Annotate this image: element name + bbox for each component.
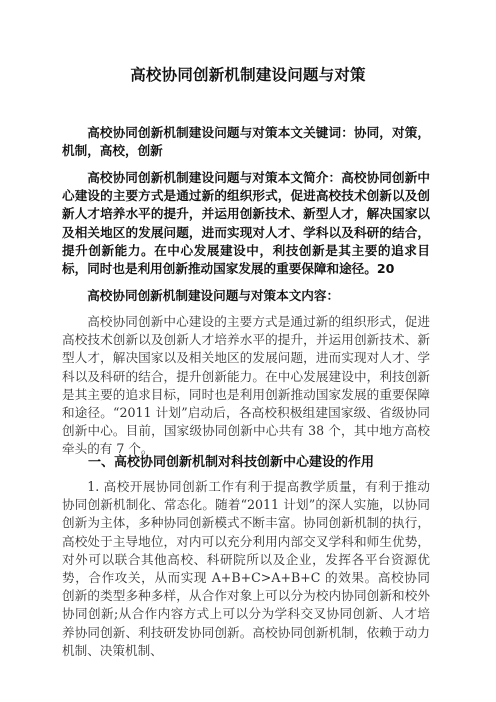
summary-paragraph: 高校协同创新机制建设问题与对策本文简介：高校协同创新中心建设的主要方式是通过新的… <box>62 169 430 278</box>
keywords-paragraph: 高校协同创新机制建设问题与对策本文关键词：协同，对策，机制，高校，创新 <box>62 124 430 160</box>
document-title: 高校协同创新机制建设问题与对策 <box>0 63 496 85</box>
section-heading-block: 一、高校协同创新机制对科技创新中心建设的作用 <box>62 451 430 470</box>
content-label-block: 高校协同创新机制建设问题与对策本文内容： <box>62 287 430 305</box>
section-heading-1: 一、高校协同创新机制对科技创新中心建设的作用 <box>62 451 430 470</box>
summary-block: 高校协同创新机制建设问题与对策本文简介：高校协同创新中心建设的主要方式是通过新的… <box>62 169 430 278</box>
content-label: 高校协同创新机制建设问题与对策本文内容： <box>62 287 430 305</box>
document-page: 高校协同创新机制建设问题与对策 高校协同创新机制建设问题与对策本文关键词：协同，… <box>0 0 496 702</box>
body-paragraph-2: 1. 高校开展协同创新工作有利于提高教学质量，有利于推动协同创新机制化、常态化。… <box>62 478 430 660</box>
body-block-1: 高校协同创新中心建设的主要方式是通过新的组织形式，促进高校技术创新以及创新人才培… <box>62 313 430 459</box>
keywords-block: 高校协同创新机制建设问题与对策本文关键词：协同，对策，机制，高校，创新 <box>62 124 430 160</box>
body-paragraph-1: 高校协同创新中心建设的主要方式是通过新的组织形式，促进高校技术创新以及创新人才培… <box>62 313 430 459</box>
body-block-2: 1. 高校开展协同创新工作有利于提高教学质量，有利于推动协同创新机制化、常态化。… <box>62 478 430 660</box>
